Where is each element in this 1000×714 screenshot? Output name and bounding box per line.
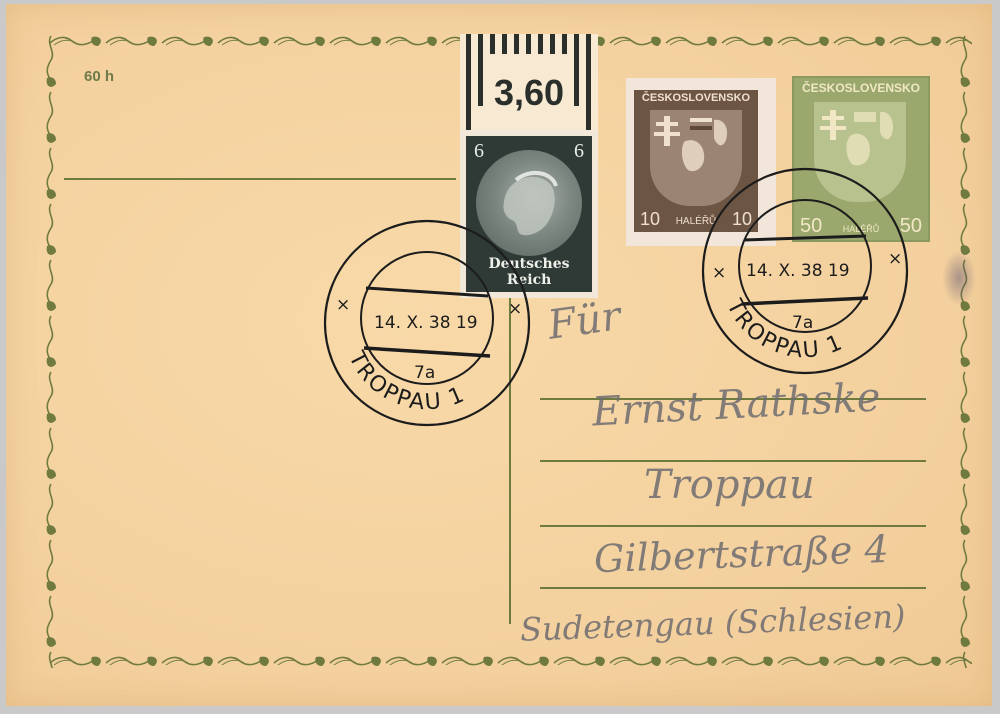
address-line [540,525,926,527]
svg-text:×: × [888,249,902,269]
address-line [540,587,926,589]
stamp-country: ČESKOSLOVENSKO [794,81,928,95]
svg-text:×: × [508,299,522,319]
postmark-code: 7a [792,313,813,333]
svg-text:×: × [712,263,726,283]
stamp-country: ČESKOSLOVENSKO [634,92,758,104]
ornamental-border-left [44,34,58,668]
sheet-margin-value: 3,60 [460,72,598,114]
postmark-date: 14. X. 38 19 [374,313,478,333]
ornamental-border-bottom [48,654,972,668]
denomination-print: 60 h [84,68,114,85]
postmark-date: 14. X. 38 19 [746,261,850,281]
sender-line [64,178,456,180]
ornamental-border-right [958,34,972,668]
postmark-code: 7a [414,363,435,383]
ink-smudge [942,250,976,306]
postmark-right: × × 14. X. 38 19 7a TROPPAU 1 [700,166,910,376]
handwritten-address-line: Troppau [644,462,815,508]
svg-text:×: × [336,295,350,315]
postmark-left: × × 14. X. 38 19 7a TROPPAU 1 [322,218,532,428]
sheet-margin: 3,60 [460,34,598,130]
